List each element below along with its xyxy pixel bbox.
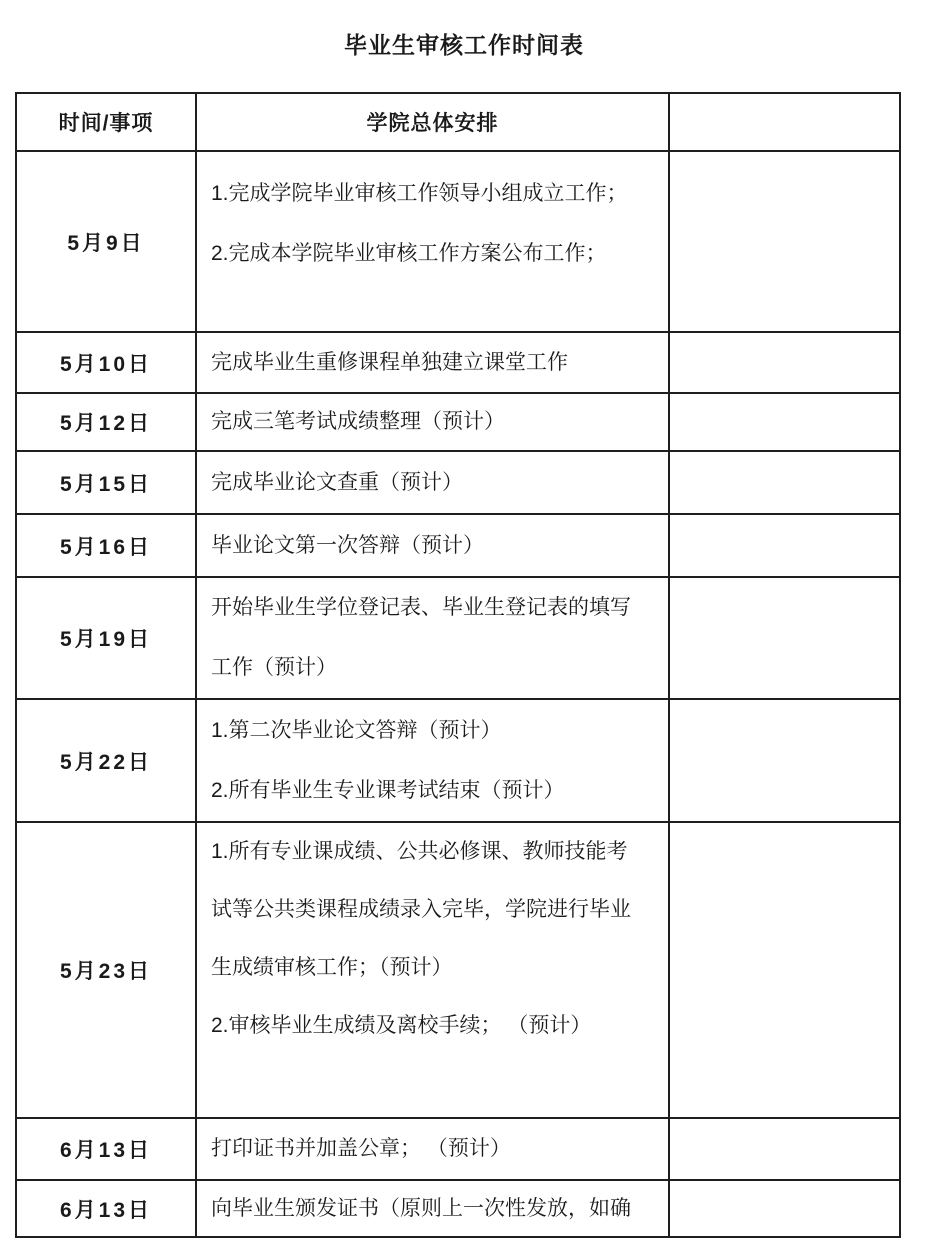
note-cell <box>669 393 900 451</box>
arrangement-line: 试等公共类课程成绩录入完毕，学院进行毕业 <box>211 881 658 939</box>
note-cell <box>669 822 900 1118</box>
arrangement-line: 1.所有专业课成绩、公共必修课、教师技能考 <box>211 823 658 881</box>
date-cell: 6月13日 <box>16 1180 196 1237</box>
arrangement-line: 1.第二次毕业论文答辩（预计） <box>211 701 658 761</box>
table-row: 5月16日 毕业论文第一次答辩（预计） <box>16 514 900 577</box>
note-cell <box>669 332 900 393</box>
schedule-table: 时间/事项 学院总体安排 5月9日 1.完成学院毕业审核工作领导小组成立工作； … <box>15 92 901 1238</box>
date-cell: 6月13日 <box>16 1118 196 1180</box>
arrangement-cell: 1.所有专业课成绩、公共必修课、教师技能考 试等公共类课程成绩录入完毕，学院进行… <box>196 822 669 1118</box>
table-row: 5月12日 完成三笔考试成绩整理（预计） <box>16 393 900 451</box>
arrangement-cell: 完成毕业论文查重（预计） <box>196 451 669 514</box>
arrangement-cell: 完成毕业生重修课程单独建立课堂工作 <box>196 332 669 393</box>
table-row: 5月15日 完成毕业论文查重（预计） <box>16 451 900 514</box>
arrangement-cell: 向毕业生颁发证书（原则上一次性发放，如确 <box>196 1180 669 1237</box>
table-row: 5月19日 开始毕业生学位登记表、毕业生登记表的填写 工作（预计） <box>16 577 900 699</box>
arrangement-cell: 1.完成学院毕业审核工作领导小组成立工作； 2.完成本学院毕业审核工作方案公布工… <box>196 151 669 332</box>
note-cell <box>669 699 900 822</box>
arrangement-line: 生成绩审核工作；（预计） <box>211 939 658 997</box>
header-empty <box>669 93 900 151</box>
arrangement-line: 开始毕业生学位登记表、毕业生登记表的填写 <box>211 578 658 638</box>
arrangement-line: 工作（预计） <box>211 638 658 698</box>
document-page: 毕业生审核工作时间表 时间/事项 学院总体安排 5月9日 1.完成学院毕业审核工… <box>0 0 928 1256</box>
table-row: 5月9日 1.完成学院毕业审核工作领导小组成立工作； 2.完成本学院毕业审核工作… <box>16 151 900 332</box>
table-row: 5月10日 完成毕业生重修课程单独建立课堂工作 <box>16 332 900 393</box>
arrangement-line: 完成毕业论文查重（预计） <box>211 463 658 503</box>
arrangement-line: 完成三笔考试成绩整理（预计） <box>211 402 658 442</box>
date-cell: 5月15日 <box>16 451 196 514</box>
note-cell <box>669 577 900 699</box>
arrangement-cell: 完成三笔考试成绩整理（预计） <box>196 393 669 451</box>
header-college-arrangement: 学院总体安排 <box>196 93 669 151</box>
note-cell <box>669 1118 900 1180</box>
arrangement-line: 向毕业生颁发证书（原则上一次性发放，如确 <box>211 1189 658 1229</box>
arrangement-line: 2.所有毕业生专业课考试结束（预计） <box>211 761 658 821</box>
arrangement-line: 2.完成本学院毕业审核工作方案公布工作； <box>211 224 658 284</box>
arrangement-line: 1.完成学院毕业审核工作领导小组成立工作； <box>211 164 658 224</box>
date-cell: 5月22日 <box>16 699 196 822</box>
table-row: 5月22日 1.第二次毕业论文答辩（预计） 2.所有毕业生专业课考试结束（预计） <box>16 699 900 822</box>
table-row: 6月13日 向毕业生颁发证书（原则上一次性发放，如确 <box>16 1180 900 1237</box>
date-cell: 5月23日 <box>16 822 196 1118</box>
note-cell <box>669 514 900 577</box>
note-cell <box>669 451 900 514</box>
note-cell <box>669 1180 900 1237</box>
page-title: 毕业生审核工作时间表 <box>0 27 928 60</box>
arrangement-line: 毕业论文第一次答辩（预计） <box>211 526 658 566</box>
table-row: 5月23日 1.所有专业课成绩、公共必修课、教师技能考 试等公共类课程成绩录入完… <box>16 822 900 1118</box>
arrangement-cell: 1.第二次毕业论文答辩（预计） 2.所有毕业生专业课考试结束（预计） <box>196 699 669 822</box>
arrangement-line: 打印证书并加盖公章； （预计） <box>211 1129 658 1169</box>
table-row: 6月13日 打印证书并加盖公章； （预计） <box>16 1118 900 1180</box>
table-header-row: 时间/事项 学院总体安排 <box>16 93 900 151</box>
note-cell <box>669 151 900 332</box>
arrangement-cell: 打印证书并加盖公章； （预计） <box>196 1118 669 1180</box>
arrangement-cell: 毕业论文第一次答辩（预计） <box>196 514 669 577</box>
arrangement-line: 完成毕业生重修课程单独建立课堂工作 <box>211 343 658 383</box>
date-cell: 5月12日 <box>16 393 196 451</box>
arrangement-cell: 开始毕业生学位登记表、毕业生登记表的填写 工作（预计） <box>196 577 669 699</box>
date-cell: 5月16日 <box>16 514 196 577</box>
date-cell: 5月9日 <box>16 151 196 332</box>
date-cell: 5月19日 <box>16 577 196 699</box>
arrangement-line: 2.审核毕业生成绩及离校手续； （预计） <box>211 997 658 1055</box>
date-cell: 5月10日 <box>16 332 196 393</box>
header-time-item: 时间/事项 <box>16 93 196 151</box>
